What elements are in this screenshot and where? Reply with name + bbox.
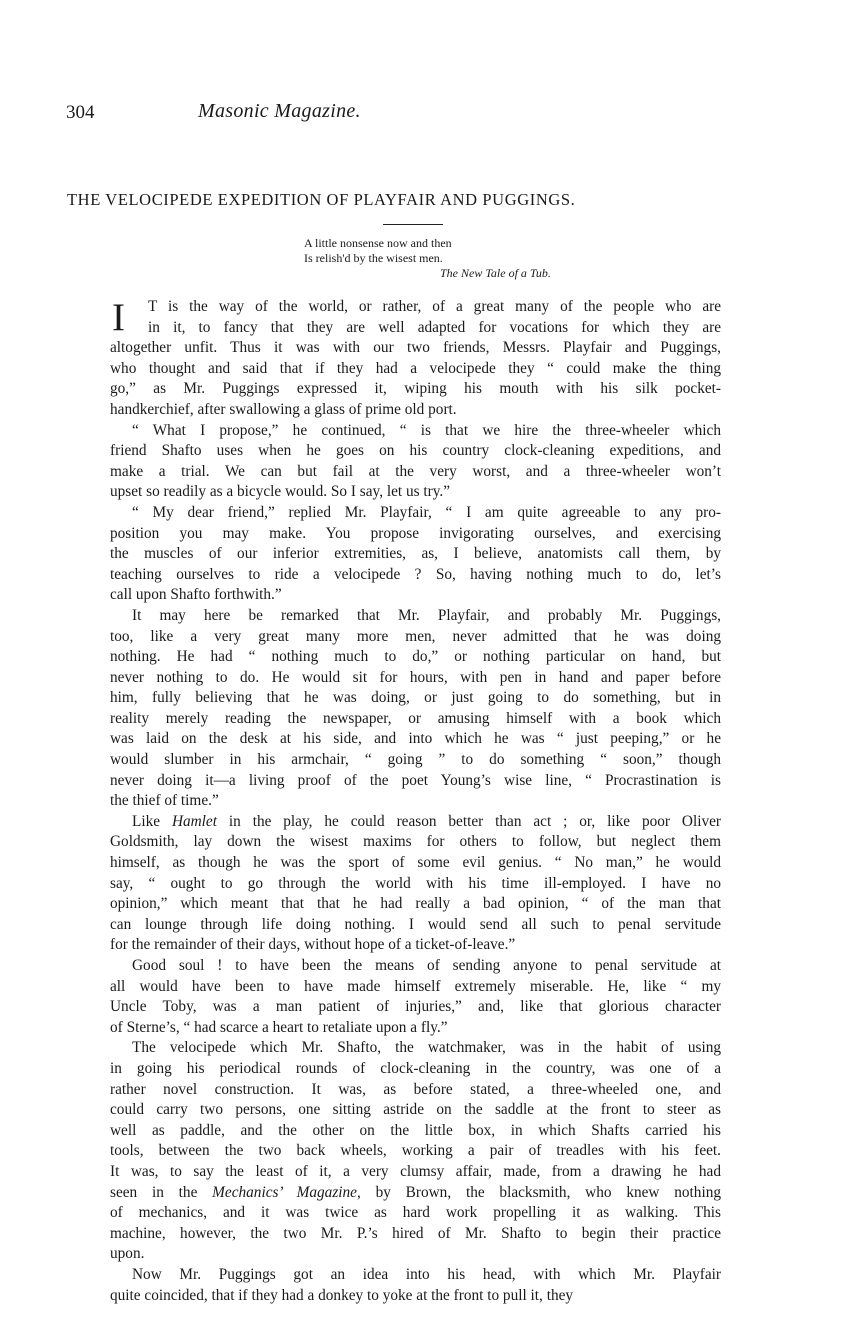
text-line: all would have been to have made himself…	[110, 977, 721, 998]
italic-title: Hamlet	[172, 813, 217, 830]
epigraph-attribution: The New Tale of a Tub.	[440, 266, 551, 281]
text-line: well as paddle, and the other on the lit…	[110, 1121, 721, 1142]
text-line: could carry two persons, one sitting ast…	[110, 1100, 721, 1121]
epigraph-line: A little nonsense now and then	[304, 236, 452, 251]
text-line: T is the way of the world, or rather, of…	[110, 297, 721, 318]
magazine-page: 304 Masonic Magazine. THE VELOCIPEDE EXP…	[0, 0, 844, 1338]
text-line: rather novel construction. It was, as be…	[110, 1080, 721, 1101]
text-line: friend Shafto uses when he goes on his c…	[110, 441, 721, 462]
text-line: call upon Shafto forthwith.”	[110, 585, 721, 606]
page-number: 304	[66, 102, 95, 124]
text-line: can lounge through life doing nothing. I…	[110, 915, 721, 936]
text-line: Like Hamlet in the play, he could reason…	[110, 812, 721, 833]
text-line: the muscles of our inferior extremities,…	[110, 544, 721, 565]
text-line: altogether unfit. Thus it was with our t…	[110, 338, 721, 359]
text-line: handkerchief, after swallowing a glass o…	[110, 400, 721, 421]
text-line: who thought and said that if they had a …	[110, 359, 721, 380]
text-line: Good soul ! to have been the means of se…	[110, 956, 721, 977]
text-line: go,” as Mr. Puggings expressed it, wipin…	[110, 379, 721, 400]
article-title: THE VELOCIPEDE EXPEDITION OF PLAYFAIR AN…	[67, 190, 575, 210]
italic-title: Mechanics’ Magazine	[212, 1184, 357, 1201]
text-line: him, fully believing that he was doing, …	[110, 688, 721, 709]
drop-cap: I	[112, 300, 125, 336]
text-line: position you may make. You propose invig…	[110, 524, 721, 545]
text-line: never doing it—a living proof of the poe…	[110, 771, 721, 792]
text-line: make a trial. We can but fail at the ver…	[110, 462, 721, 483]
article-lines: T is the way of the world, or rather, of…	[110, 297, 721, 1306]
text-line: say, “ ought to go through the world wit…	[110, 874, 721, 895]
text-line: “ My dear friend,” replied Mr. Playfair,…	[110, 503, 721, 524]
text-line: tools, between the two back wheels, work…	[110, 1141, 721, 1162]
text-line: The velocipede which Mr. Shafto, the wat…	[110, 1038, 721, 1059]
text-line: himself, as though he was the sport of s…	[110, 853, 721, 874]
epigraph-line: Is relish'd by the wisest men.	[304, 251, 452, 266]
text-line: would slumber in his armchair, “ going ”…	[110, 750, 721, 771]
epigraph: A little nonsense now and then Is relish…	[304, 236, 452, 265]
text-line: for the remainder of their days, without…	[110, 935, 721, 956]
text-line: too, like a very great many more men, ne…	[110, 627, 721, 648]
running-head: Masonic Magazine.	[198, 100, 361, 123]
text-line: Goldsmith, lay down the wisest maxims fo…	[110, 832, 721, 853]
text-line: was laid on the desk at his side, and in…	[110, 729, 721, 750]
text-line: teaching ourselves to ride a velocipede …	[110, 565, 721, 586]
article-body: I T is the way of the world, or rather, …	[110, 297, 721, 1306]
text-line: It was, to say the least of it, a very c…	[110, 1162, 721, 1183]
text-line: never nothing to do. He would sit for ho…	[110, 668, 721, 689]
text-line: quite coincided, that if they had a donk…	[110, 1286, 721, 1307]
text-line: It may here be remarked that Mr. Playfai…	[110, 606, 721, 627]
text-line: seen in the Mechanics’ Magazine, by Brow…	[110, 1183, 721, 1204]
text-line: upset so readily as a bicycle would. So …	[110, 482, 721, 503]
text-line: the thief of time.”	[110, 791, 721, 812]
text-line: Now Mr. Puggings got an idea into his he…	[110, 1265, 721, 1286]
text-line: of Sterne’s, “ had scarce a heart to ret…	[110, 1018, 721, 1039]
text-line: reality merely reading the newspaper, or…	[110, 709, 721, 730]
title-divider	[383, 224, 443, 225]
text-line: nothing. He had “ nothing much to do,” o…	[110, 647, 721, 668]
text-line: of mechanics, and it was twice as hard w…	[110, 1203, 721, 1224]
text-line: in it, to fancy that they are well adapt…	[110, 318, 721, 339]
text-line: machine, however, the two Mr. P.’s hired…	[110, 1224, 721, 1245]
text-line: upon.	[110, 1244, 721, 1265]
text-line: opinion,” which meant that that he had r…	[110, 894, 721, 915]
text-line: in going his periodical rounds of clock-…	[110, 1059, 721, 1080]
text-line: Uncle Toby, was a man patient of injurie…	[110, 997, 721, 1018]
text-line: “ What I propose,” he continued, “ is th…	[110, 421, 721, 442]
